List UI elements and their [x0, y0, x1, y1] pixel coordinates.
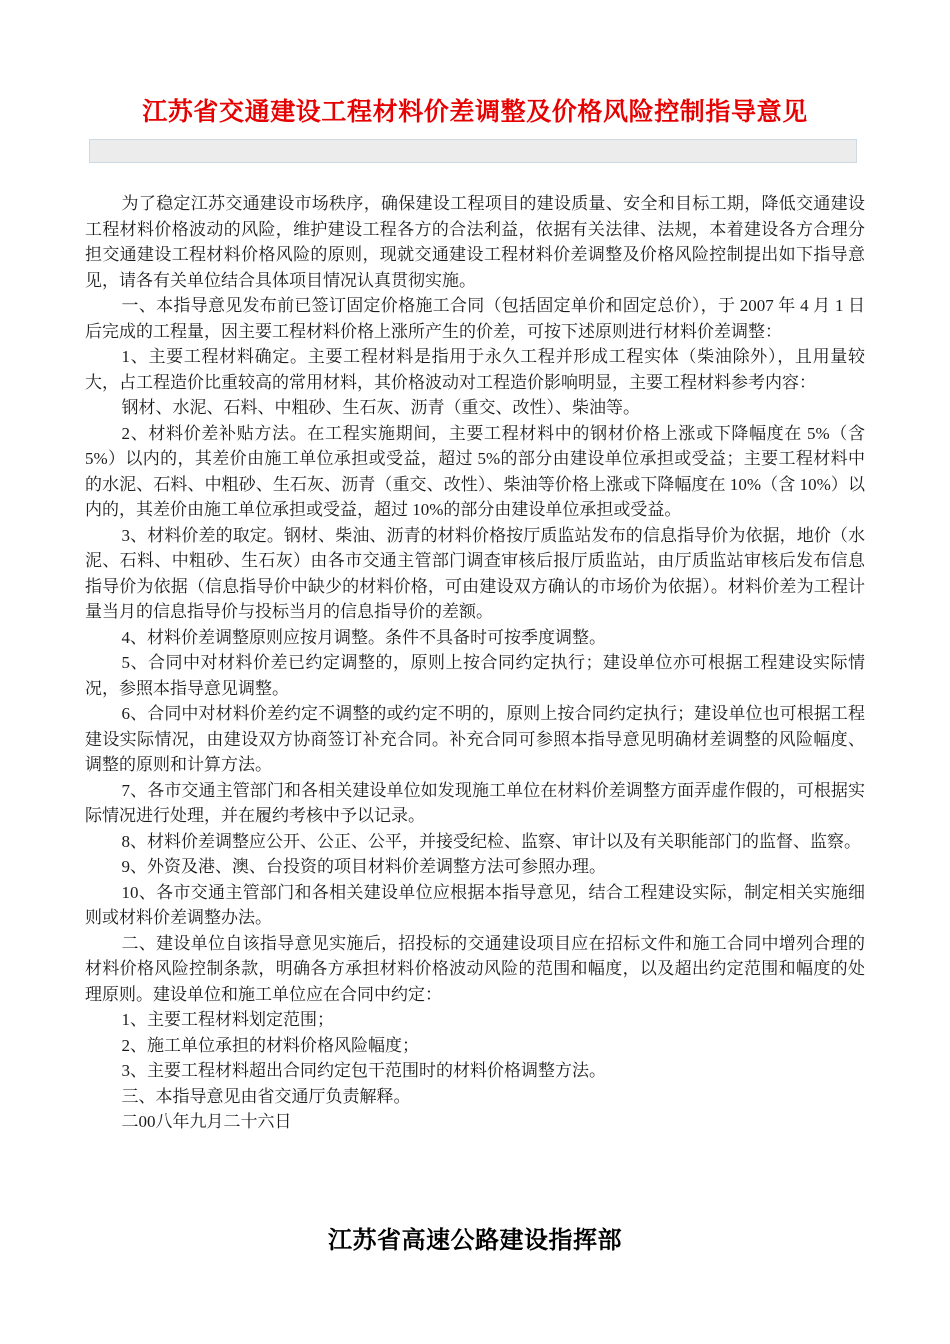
- document-date: 二00八年九月二十六日: [85, 1109, 865, 1135]
- paragraph-item-1-2: 2、材料价差补贴方法。在工程实施期间，主要工程材料中的钢材价格上涨或下降幅度在 …: [85, 421, 865, 523]
- paragraph-item-1-5: 5、合同中对材料价差已约定调整的，原则上按合同约定执行；建设单位亦可根据工程建设…: [85, 650, 865, 701]
- paragraph-intro: 为了稳定江苏交通建设市场秩序，确保建设工程项目的建设质量、安全和目标工期，降低交…: [85, 191, 865, 293]
- document-body: 为了稳定江苏交通建设市场秩序，确保建设工程项目的建设质量、安全和目标工期，降低交…: [85, 191, 865, 1135]
- title-divider-bar: [89, 139, 857, 163]
- paragraph-item-1-3: 3、材料价差的取定。钢材、柴油、沥青的材料价格按厅质监站发布的信息指导价为依据，…: [85, 523, 865, 625]
- document-page: 江苏省交通建设工程材料价差调整及价格风险控制指导意见 为了稳定江苏交通建设市场秩…: [0, 0, 950, 1344]
- paragraph-section-3: 三、本指导意见由省交通厅负责解释。: [85, 1084, 865, 1110]
- document-title: 江苏省交通建设工程材料价差调整及价格风险控制指导意见: [85, 0, 865, 128]
- paragraph-item-1-10: 10、各市交通主管部门和各相关建设单位应根据本指导意见，结合工程建设实际，制定相…: [85, 880, 865, 931]
- paragraph-item-1-6: 6、合同中对材料价差约定不调整的或约定不明的，原则上按合同约定执行；建设单位也可…: [85, 701, 865, 778]
- paragraph-item-2-1: 1、主要工程材料划定范围；: [85, 1007, 865, 1033]
- paragraph-item-1-1: 1、主要工程材料确定。主要工程材料是指用于永久工程并形成工程实体（柴油除外），且…: [85, 344, 865, 395]
- paragraph-item-1-4: 4、材料价差调整原则应按月调整。条件不具备时可按季度调整。: [85, 625, 865, 651]
- paragraph-materials: 钢材、水泥、石料、中粗砂、生石灰、沥青（重交、改性）、柴油等。: [85, 395, 865, 421]
- paragraph-item-1-7: 7、各市交通主管部门和各相关建设单位如发现施工单位在材料价差调整方面弄虚作假的，…: [85, 778, 865, 829]
- paragraph-section-1: 一、本指导意见发布前已签订固定价格施工合同（包括固定单价和固定总价），于 200…: [85, 293, 865, 344]
- paragraph-item-1-9: 9、外资及港、澳、台投资的项目材料价差调整方法可参照办理。: [85, 854, 865, 880]
- paragraph-item-2-3: 3、主要工程材料超出合同约定包干范围时的材料价格调整方法。: [85, 1058, 865, 1084]
- issuing-authority-signature: 江苏省高速公路建设指挥部: [85, 1227, 865, 1256]
- paragraph-section-2: 二、建设单位自该指导意见实施后，招投标的交通建设项目应在招标文件和施工合同中增列…: [85, 931, 865, 1008]
- paragraph-item-1-8: 8、材料价差调整应公开、公正、公平，并接受纪检、监察、审计以及有关职能部门的监督…: [85, 829, 865, 855]
- paragraph-item-2-2: 2、施工单位承担的材料价格风险幅度；: [85, 1033, 865, 1059]
